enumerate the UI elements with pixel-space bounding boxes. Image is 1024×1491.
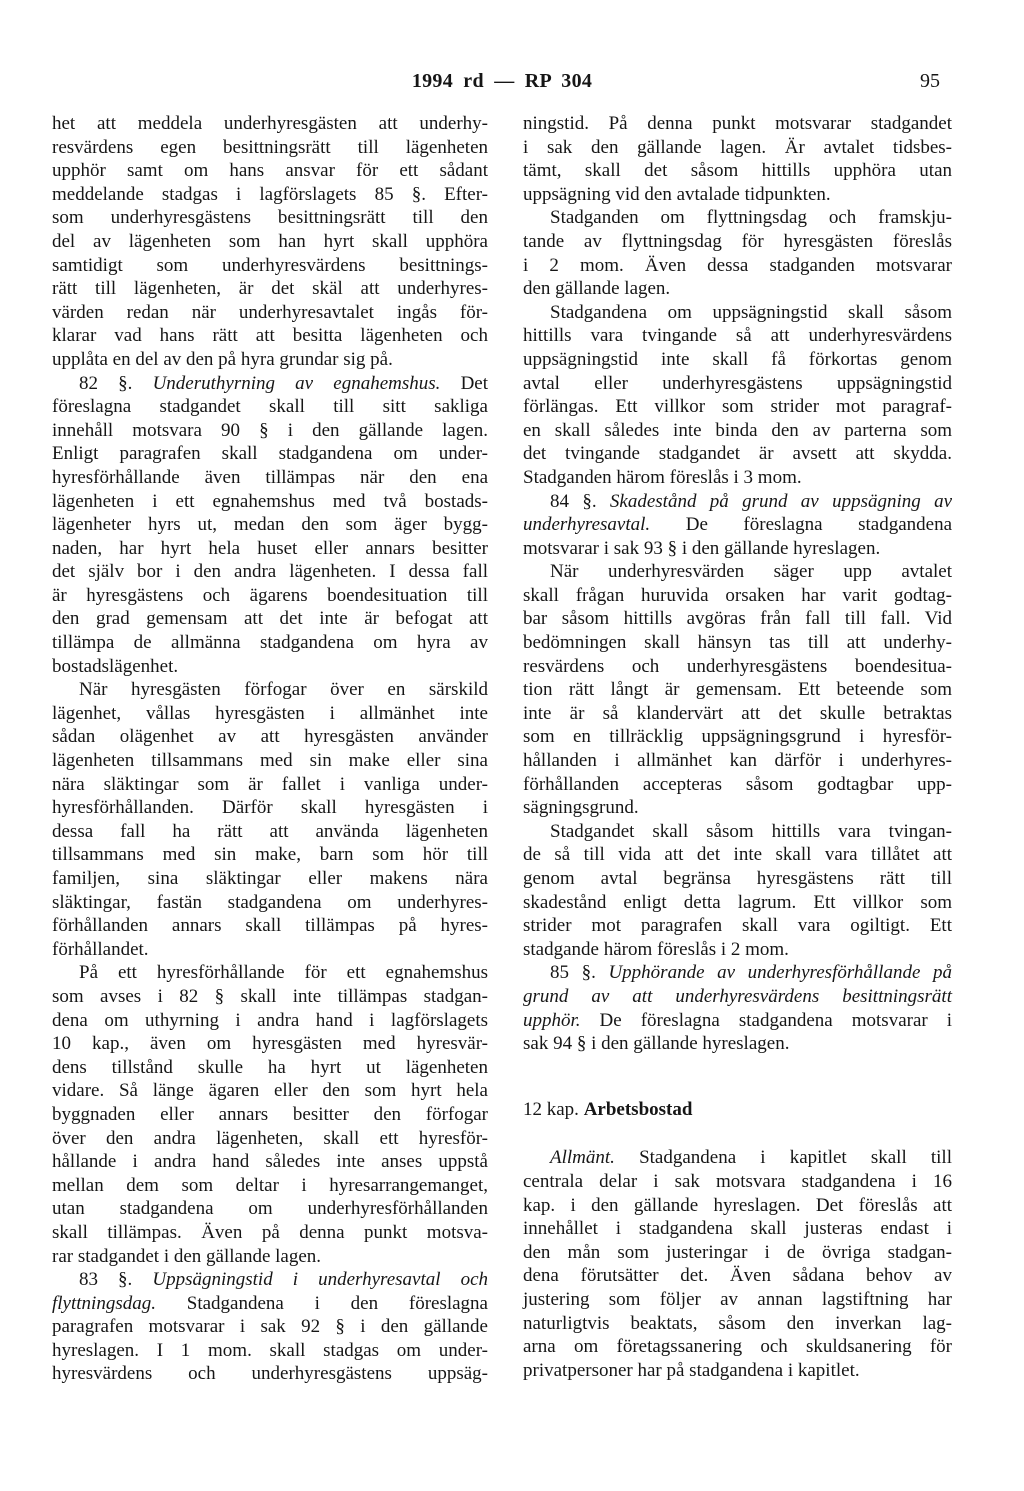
column-right: ningstid. På denna punkt motsvarar stadg… bbox=[523, 112, 952, 1386]
text-line: Stadgandena om uppsägningstid skall såso… bbox=[523, 301, 952, 325]
text-line: del av lägenheten som han hyrt skall upp… bbox=[52, 230, 488, 254]
text-line: paragrafen motsvarar i sak 92 § i den gä… bbox=[52, 1315, 488, 1339]
text-line: arna om företagssanering och skuldsaneri… bbox=[523, 1335, 952, 1359]
text-line: sak 94 § i den gällande hyreslagen. bbox=[523, 1032, 952, 1056]
chapter-heading: 12 kap. Arbetsbostad bbox=[523, 1098, 952, 1122]
text-line: de så till vida att det inte skall vara … bbox=[523, 843, 952, 867]
text-line: rar stadgandet i den gällande lagen. bbox=[52, 1245, 488, 1269]
text-line: förlängas. Ett villkor som strider mot p… bbox=[523, 395, 952, 419]
text-line: grund av att underhyresvärdens besittnin… bbox=[523, 985, 952, 1009]
text-line: meddelande stadgas i lagförslagets 85 §.… bbox=[52, 183, 488, 207]
text-line: skall tillämpas. Även på denna punkt mot… bbox=[52, 1221, 488, 1245]
text-line: dessa fall ha rätt att använda lägenhete… bbox=[52, 820, 488, 844]
text-line: lägenhet, vållas hyresgästen i allmänhet… bbox=[52, 702, 488, 726]
text-line: 10 kap., även om hyresgästen med hyresvä… bbox=[52, 1032, 488, 1056]
text-line: lägenheten tillsammans med sin make elle… bbox=[52, 749, 488, 773]
text-line: het att meddela underhyresgästen att und… bbox=[52, 112, 488, 136]
text-line: upphör samt om hans ansvar för ett sådan… bbox=[52, 159, 488, 183]
text-line: När hyresgästen förfogar över en särskil… bbox=[52, 678, 488, 702]
text-line: skadestånd enligt detta lagrum. Ett vill… bbox=[523, 891, 952, 915]
text-line: hållanden i allmänhet kan därför i under… bbox=[523, 749, 952, 773]
paragraph: ningstid. På denna punkt motsvarar stadg… bbox=[523, 112, 952, 206]
text-line: Enligt paragrafen skall stadgandena om u… bbox=[52, 442, 488, 466]
text-line: lägenheter hyrs ut, medan den som äger b… bbox=[52, 513, 488, 537]
text-line: 84 §. Skadestånd på grund av uppsägning … bbox=[523, 490, 952, 514]
page-body: het att meddela underhyresgästen att und… bbox=[52, 112, 952, 1386]
text-line: När underhyresvärden säger upp avtalet bbox=[523, 560, 952, 584]
text-line: hyresförhållanden. Därför skall hyresgäs… bbox=[52, 796, 488, 820]
text-line: mellan dem som deltar i hyresarrangemang… bbox=[52, 1174, 488, 1198]
column-left: het att meddela underhyresgästen att und… bbox=[52, 112, 488, 1386]
text-line: föreslagna stadgandet skall till sitt sa… bbox=[52, 395, 488, 419]
text-line: tillsammans med sin make, barn som hör t… bbox=[52, 843, 488, 867]
text-line: upplåta en del av den på hyra grundar si… bbox=[52, 348, 488, 372]
text-line: vidare. Så länge ägaren eller den som hy… bbox=[52, 1079, 488, 1103]
text-line: som underhyresgästens besittningsrätt ti… bbox=[52, 206, 488, 230]
page-number: 95 bbox=[920, 70, 940, 93]
text-line: ningstid. På denna punkt motsvarar stadg… bbox=[523, 112, 952, 136]
text-line: strider mot paragrafen skall vara ogilti… bbox=[523, 914, 952, 938]
text-line: inte är så klandervärt att det skulle be… bbox=[523, 702, 952, 726]
text-line: sådan olägenhet av att hyresgästen använ… bbox=[52, 725, 488, 749]
paragraph: När hyresgästen förfogar över en särskil… bbox=[52, 678, 488, 961]
text-line: dena om uthyrning i andra hand i lagförs… bbox=[52, 1009, 488, 1033]
text-line: förhållanden annars skall tillämpas på h… bbox=[52, 914, 488, 938]
text-line: tämt, skall det såsom hittills upphöra u… bbox=[523, 159, 952, 183]
text-line: Stadganden härom föreslås i 3 mom. bbox=[523, 466, 952, 490]
text-line: sägningsgrund. bbox=[523, 796, 952, 820]
text-line: Stadganden om flyttningsdag och framskju… bbox=[523, 206, 952, 230]
text-line: tillämpa de allmänna stadgandena om hyra… bbox=[52, 631, 488, 655]
paragraph: Allmänt. Stadgandena i kapitlet skall ti… bbox=[523, 1146, 952, 1382]
text-line: 85 §. Upphörande av underhyresförhålland… bbox=[523, 961, 952, 985]
text-line: På ett hyresförhållande för ett egnahems… bbox=[52, 961, 488, 985]
text-line: familjen, sina släktingar eller makens n… bbox=[52, 867, 488, 891]
text-line: privatpersoner har på stadgandena i kapi… bbox=[523, 1359, 952, 1383]
text-line: Allmänt. Stadgandena i kapitlet skall ti… bbox=[523, 1146, 952, 1170]
page-header: 1994 rd — RP 304 95 bbox=[52, 70, 952, 96]
text-line: rätt till lägenheten, är det skäl att un… bbox=[52, 277, 488, 301]
text-line: släktingar, fastän stadgandena om underh… bbox=[52, 891, 488, 915]
text-line: byggnaden eller annars besitter den förf… bbox=[52, 1103, 488, 1127]
text-line: naturligtvis beaktats, såsom den inverka… bbox=[523, 1312, 952, 1336]
paragraph: Stadgandena om uppsägningstid skall såso… bbox=[523, 301, 952, 490]
text-line: avtal eller underhyresgästens uppsägning… bbox=[523, 372, 952, 396]
text-line: bar såsom hittills avgöras från fall til… bbox=[523, 607, 952, 631]
text-line: upphör. De föreslagna stadgandena motsva… bbox=[523, 1009, 952, 1033]
text-line: samtidigt som underhyresvärdens besittni… bbox=[52, 254, 488, 278]
text-line: den gällande lagen. bbox=[523, 277, 952, 301]
text-line: tion rätt långt är gemensam. Ett beteend… bbox=[523, 678, 952, 702]
text-line: flyttningsdag. Stadgandena i den föresla… bbox=[52, 1292, 488, 1316]
text-line: centrala delar i sak motsvara stadganden… bbox=[523, 1170, 952, 1194]
paragraph: het att meddela underhyresgästen att und… bbox=[52, 112, 488, 372]
paragraph: 82 §. Underuthyrning av egnahemshus. Det… bbox=[52, 372, 488, 679]
text-line: kap. i den gällande hyreslagen. Det före… bbox=[523, 1194, 952, 1218]
text-line: hittills vara tvingande så att underhyre… bbox=[523, 324, 952, 348]
paragraph: 83 §. Uppsägningstid i underhyresavtal o… bbox=[52, 1268, 488, 1386]
text-line: uppsägningstid inte skall få förkortas g… bbox=[523, 348, 952, 372]
text-line: det själv bor i den andra lägenheten. I … bbox=[52, 560, 488, 584]
text-line: över den andra lägenheten, skall ett hyr… bbox=[52, 1127, 488, 1151]
text-line: som avses i 82 § skall inte tillämpas st… bbox=[52, 985, 488, 1009]
text-line: genom avtal begränsa hyresgästens rätt t… bbox=[523, 867, 952, 891]
text-line: innehåll motsvara 90 § i den gällande la… bbox=[52, 419, 488, 443]
text-line: den mån som justeringar i de övriga stad… bbox=[523, 1241, 952, 1265]
text-line: bostadslägenhet. bbox=[52, 655, 488, 679]
document-title: 1994 rd — RP 304 bbox=[52, 70, 952, 93]
text-line: motsvarar i sak 93 § i den gällande hyre… bbox=[523, 537, 952, 561]
text-line: förhållandet. bbox=[52, 938, 488, 962]
text-line: lägenheten i ett egnahemshus med två bos… bbox=[52, 490, 488, 514]
text-line: dena förutsätter det. Även sådana behov … bbox=[523, 1264, 952, 1288]
text-line: skall frågan huruvida orsaken har varit … bbox=[523, 584, 952, 608]
text-line: tande av flyttningsdag för hyresgästen f… bbox=[523, 230, 952, 254]
text-line: som en tillräcklig uppsägningsgrund i hy… bbox=[523, 725, 952, 749]
paragraph: På ett hyresförhållande för ett egnahems… bbox=[52, 961, 488, 1268]
text-line: det tvingande stadgandet är avsett att s… bbox=[523, 442, 952, 466]
document-page: 1994 rd — RP 304 95 het att meddela unde… bbox=[0, 0, 1024, 1491]
paragraph: 85 §. Upphörande av underhyresförhålland… bbox=[523, 961, 952, 1055]
text-line: bedömningen skall hänsyn tas till att un… bbox=[523, 631, 952, 655]
text-line: dens tillstånd skulle ha hyrt ut lägenhe… bbox=[52, 1056, 488, 1080]
text-line: underhyresavtal. De föreslagna stadgande… bbox=[523, 513, 952, 537]
paragraph: 84 §. Skadestånd på grund av uppsägning … bbox=[523, 490, 952, 561]
text-line: hyreslagen. I 1 mom. skall stadgas om un… bbox=[52, 1339, 488, 1363]
paragraph: När underhyresvärden säger upp avtaletsk… bbox=[523, 560, 952, 820]
text-line: nära släktingar som är fallet i vanliga … bbox=[52, 773, 488, 797]
text-line: hyresförhållande även tillämpas när den … bbox=[52, 466, 488, 490]
text-line: innehållet i stadgandena skall justeras … bbox=[523, 1217, 952, 1241]
text-line: naden, har hyrt hela huset eller annars … bbox=[52, 537, 488, 561]
text-line: utan stadgandena om underhyresförhålland… bbox=[52, 1197, 488, 1221]
text-line: i 2 mom. Även dessa stadganden motsvarar bbox=[523, 254, 952, 278]
text-line: hållande i andra hand således inte anses… bbox=[52, 1150, 488, 1174]
text-line: är hyresgästens och ägarens boendesituat… bbox=[52, 584, 488, 608]
text-line: resvärdens egen besittningsrätt till läg… bbox=[52, 136, 488, 160]
text-line: 82 §. Underuthyrning av egnahemshus. Det bbox=[52, 372, 488, 396]
paragraph: Stadgandet skall såsom hittills vara tvi… bbox=[523, 820, 952, 962]
text-line: förhållanden accepteras såsom godtagbar … bbox=[523, 773, 952, 797]
paragraph: Stadganden om flyttningsdag och framskju… bbox=[523, 206, 952, 300]
text-line: 83 §. Uppsägningstid i underhyresavtal o… bbox=[52, 1268, 488, 1292]
text-line: värden redan när underhyresavtalet ingås… bbox=[52, 301, 488, 325]
text-line: Stadgandet skall såsom hittills vara tvi… bbox=[523, 820, 952, 844]
text-line: i sak den gällande lagen. Är avtalet tid… bbox=[523, 136, 952, 160]
text-line: justering som följer av annan lagstiftni… bbox=[523, 1288, 952, 1312]
text-line: resvärdens och underhyresgästens boendes… bbox=[523, 655, 952, 679]
text-line: 12 kap. Arbetsbostad bbox=[523, 1098, 952, 1122]
text-line: klarar vad hans rätt att besitta lägenhe… bbox=[52, 324, 488, 348]
text-line: en skall således inte binda den av parte… bbox=[523, 419, 952, 443]
text-line: hyresvärdens och underhyresgästens uppsä… bbox=[52, 1362, 488, 1386]
text-line: den grad gemensam att det inte är befoga… bbox=[52, 607, 488, 631]
text-line: uppsägning vid den avtalade tidpunkten. bbox=[523, 183, 952, 207]
text-line: stadgande härom föreslås i 2 mom. bbox=[523, 938, 952, 962]
